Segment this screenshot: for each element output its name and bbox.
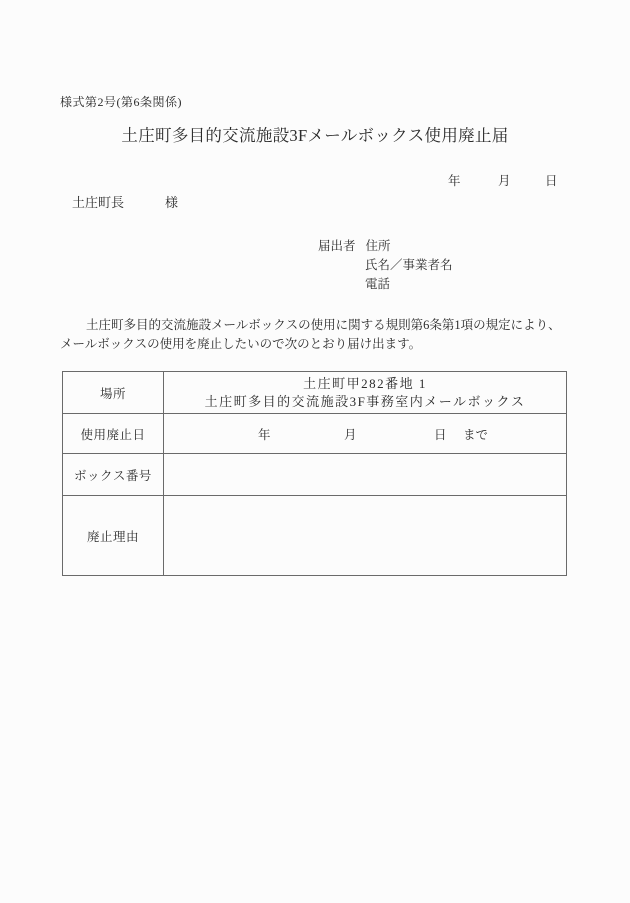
end-date-value-cell: 年 月 日 まで [164,414,567,454]
table-row-end-date: 使用廃止日 年 月 日 まで [63,414,567,454]
table-row-place: 場所 土庄町甲282番地 1 土庄町多目的交流施設3F事務室内メールボックス [63,372,567,414]
table-row-reason: 廃止理由 [63,496,567,576]
end-date-month-label: 月 [344,425,357,443]
addressee-name: 土庄町長 [72,192,124,211]
reason-label-cell: 廃止理由 [63,496,164,576]
body-paragraph: 土庄町多目的交流施設メールボックスの使用に関する規則第6条第1項の規定により、 … [60,316,572,355]
end-date-year-label: 年 [258,425,271,443]
place-value-cell: 土庄町甲282番地 1 土庄町多目的交流施設3F事務室内メールボックス [164,372,567,414]
addressee-honorific: 様 [165,192,178,211]
page-title: 土庄町多目的交流施設3Fメールボックス使用廃止届 [0,122,630,146]
end-date-until-label: まで [463,425,488,443]
end-date-label-cell: 使用廃止日 [63,414,164,454]
application-table: 場所 土庄町甲282番地 1 土庄町多目的交流施設3F事務室内メールボックス 使… [62,371,567,576]
box-number-label-cell: ボックス番号 [63,454,164,496]
date-day-label: 日 [545,171,558,189]
end-date-day-label: 日 [434,425,447,443]
declarant-label: 届出者 [318,239,356,253]
body-paragraph-line-1: 土庄町多目的交流施設メールボックスの使用に関する規則第6条第1項の規定により、 [60,316,572,335]
date-year-label: 年 [448,171,461,189]
box-number-value-cell [164,454,567,496]
document-page: 様式第2号(第6条関係) 土庄町多目的交流施設3Fメールボックス使用廃止届 年 … [0,0,630,903]
form-number: 様式第2号(第6条関係) [60,93,182,110]
table-row-box-number: ボックス番号 [63,454,567,496]
place-address-line: 土庄町甲282番地 1 [164,375,566,393]
place-facility-line: 土庄町多目的交流施設3F事務室内メールボックス [164,393,566,411]
declarant-address-label: 住所 [366,239,391,253]
declarant-phone-label: 電話 [365,275,453,294]
declarant-block: 届出者住所 氏名／事業者名 電話 [318,237,453,293]
declarant-name-label: 氏名／事業者名 [365,256,453,275]
place-label-cell: 場所 [63,372,164,414]
reason-value-cell [164,496,567,576]
date-month-label: 月 [498,171,511,189]
body-paragraph-line-2: メールボックスの使用を廃止したいので次のとおり届け出ます。 [60,335,572,354]
declarant-row-address: 届出者住所 [318,237,453,256]
